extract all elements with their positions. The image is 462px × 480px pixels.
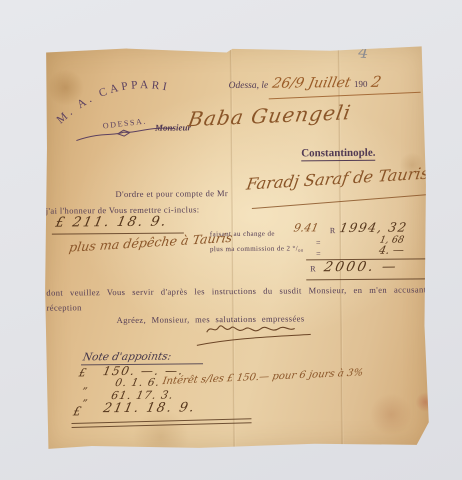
pencil-mark: 4 [358, 43, 369, 63]
total-underline [306, 278, 426, 280]
note-total-symbol: £ [72, 404, 82, 418]
note-row-1-symbol: £ [78, 366, 88, 379]
commission-label: plus ma commission de 2 °/₀₀ [210, 244, 304, 253]
recipient-city: Constantinople. [301, 147, 375, 162]
order-line-underline [252, 194, 428, 209]
note-row-3-symbol: „ [82, 392, 89, 403]
letterhead-stamp: M. A. CAPPARI ODESSA. [44, 55, 203, 157]
exchange-currency: R [330, 226, 335, 235]
exchange-value: 1994, 32 [338, 219, 409, 235]
dateline: Odessa, le 26/9 Juillet 190 2 [228, 73, 381, 92]
note-row-2-detail: Intérêt s/les £ 150.— pour 6 jours à 3% [162, 367, 364, 387]
dateline-underline [269, 92, 421, 100]
instruction-line-2: réception [46, 302, 81, 312]
total-currency: R [310, 264, 315, 273]
letter-document: M. A. CAPPARI ODESSA. 4 Odessa, le 26/9 … [42, 44, 429, 449]
note-row-2-amount: 0. 1. 6. [114, 377, 161, 389]
photo-background: M. A. CAPPARI ODESSA. 4 Odessa, le 26/9 … [0, 0, 462, 480]
recipient-name: Baba Guengeli [186, 100, 353, 131]
dateline-date-handwritten: 26/9 Juillet [271, 75, 352, 92]
dateline-place: Odessa, le [229, 81, 269, 91]
letterhead-city: ODESSA. [102, 116, 147, 130]
dateline-year-printed: 190 [354, 79, 368, 89]
instruction-line-1: dont veuillez Vous servir d'après les in… [46, 284, 426, 297]
dispatch-equals: = [316, 238, 321, 247]
signature-scribble [193, 317, 323, 354]
total-value: 2000. — [323, 259, 400, 276]
note-total-amount: 211. 18. 9. [102, 400, 197, 416]
amount-sterling: £ 211. 18. 9. [54, 214, 169, 231]
exchange-rate: 9.41 [293, 221, 320, 234]
commission-value: 4. — [343, 244, 406, 258]
dateline-year-handwritten: 2 [370, 73, 383, 91]
note-row-2-symbol: „ [82, 380, 89, 391]
order-line-handwritten: Faradj Saraf de Tauris [245, 164, 430, 194]
commission-equals: = [316, 249, 321, 258]
exchange-label: faisant au change de [210, 230, 275, 239]
note-title: Note d'appoints: [82, 351, 173, 364]
note-total-double-underline [71, 418, 251, 428]
order-line-printed: D'ordre et pour compte de Mr [115, 188, 228, 199]
